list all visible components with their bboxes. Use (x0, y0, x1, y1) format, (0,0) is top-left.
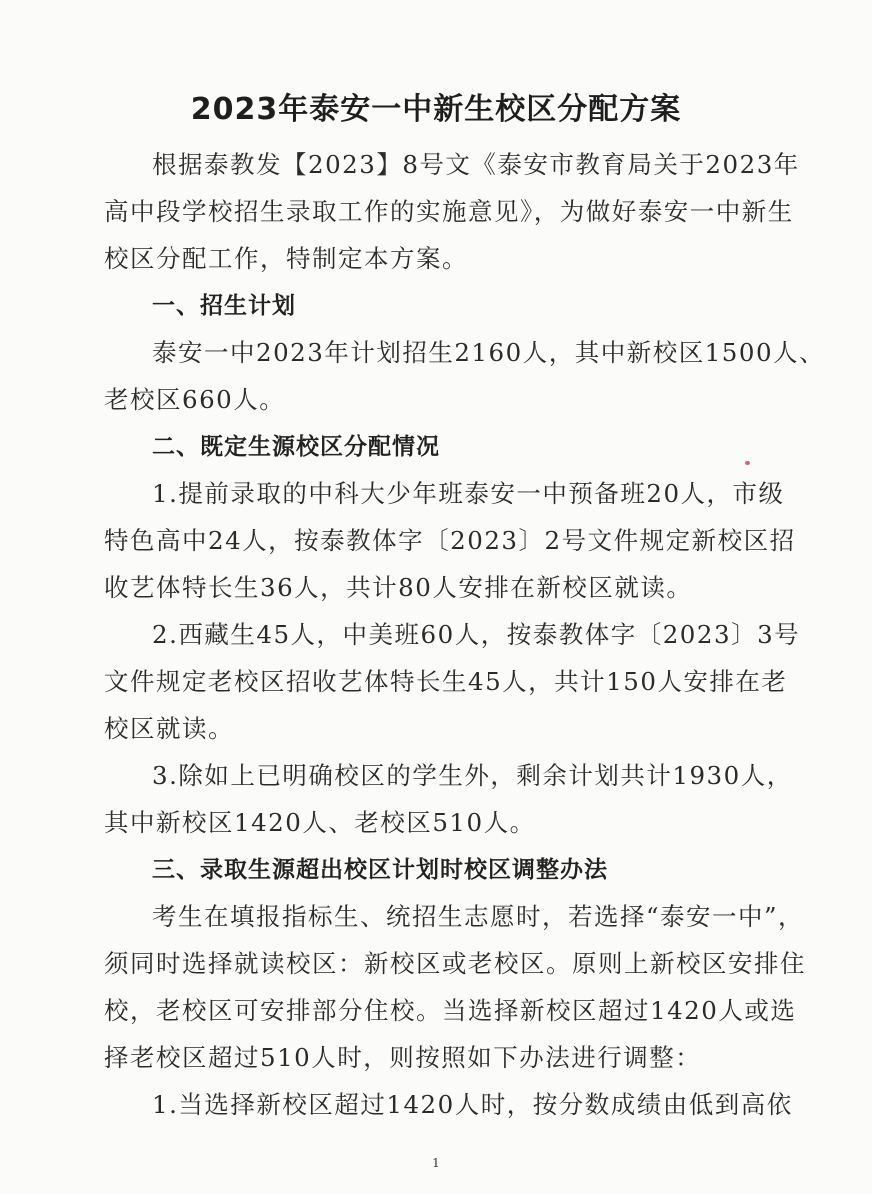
section-2-item-2-line-2: 文件规定老校区招收艺体特长生45人，共计150人安排在老 (104, 667, 784, 697)
section-1-line-2: 老校区660人。 (104, 385, 784, 415)
section-2-item-3-line-1: 3.除如上已明确校区的学生外，剩余计划共计1930人， (152, 761, 784, 791)
section-3-line-4: 择老校区超过510人时，则按照如下办法进行调整： (104, 1043, 784, 1073)
section-1-line-1: 泰安一中2023年计划招生2160人，其中新校区1500人、 (152, 338, 784, 368)
intro-line-1: 根据泰教发【2023】8号文《泰安市教育局关于2023年 (152, 150, 784, 180)
section-2-item-2-line-3: 校区就读。 (104, 714, 784, 744)
section-2-item-2-line-1: 2.西藏生45人，中美班60人，按泰教体字〔2023〕3号 (152, 620, 784, 650)
section-1-heading: 一、招生计划 (152, 291, 296, 321)
section-2-item-1-line-3: 收艺体特长生36人，共计80人安排在新校区就读。 (104, 573, 784, 603)
section-2-item-1-line-1: 1.提前录取的中科大少年班泰安一中预备班20人，市级 (152, 479, 784, 509)
section-2-item-3-line-2: 其中新校区1420人、老校区510人。 (104, 808, 784, 838)
section-3-heading: 三、录取生源超出校区计划时校区调整办法 (152, 855, 608, 885)
scan-speck (745, 461, 750, 465)
section-2-item-1-line-2: 特色高中24人，按泰教体字〔2023〕2号文件规定新校区招 (104, 526, 784, 556)
document-page: 2023年泰安一中新生校区分配方案 根据泰教发【2023】8号文《泰安市教育局关… (0, 0, 872, 1194)
section-3-line-2: 须同时选择就读校区：新校区或老校区。原则上新校区安排住 (104, 949, 784, 979)
section-3-line-3: 校，老校区可安排部分住校。当选择新校区超过1420人或选 (104, 996, 784, 1026)
page-number: 1 (0, 1156, 872, 1170)
intro-line-3: 校区分配工作，特制定本方案。 (104, 244, 784, 274)
document-title: 2023年泰安一中新生校区分配方案 (0, 84, 872, 128)
section-3-line-5: 1.当选择新校区超过1420人时，按分数成绩由低到高依 (152, 1090, 784, 1120)
section-2-heading: 二、既定生源校区分配情况 (152, 432, 440, 462)
section-3-line-1: 考生在填报指标生、统招生志愿时，若选择“泰安一中”， (152, 902, 784, 932)
intro-line-2: 高中段学校招生录取工作的实施意见》，为做好泰安一中新生 (104, 197, 784, 227)
